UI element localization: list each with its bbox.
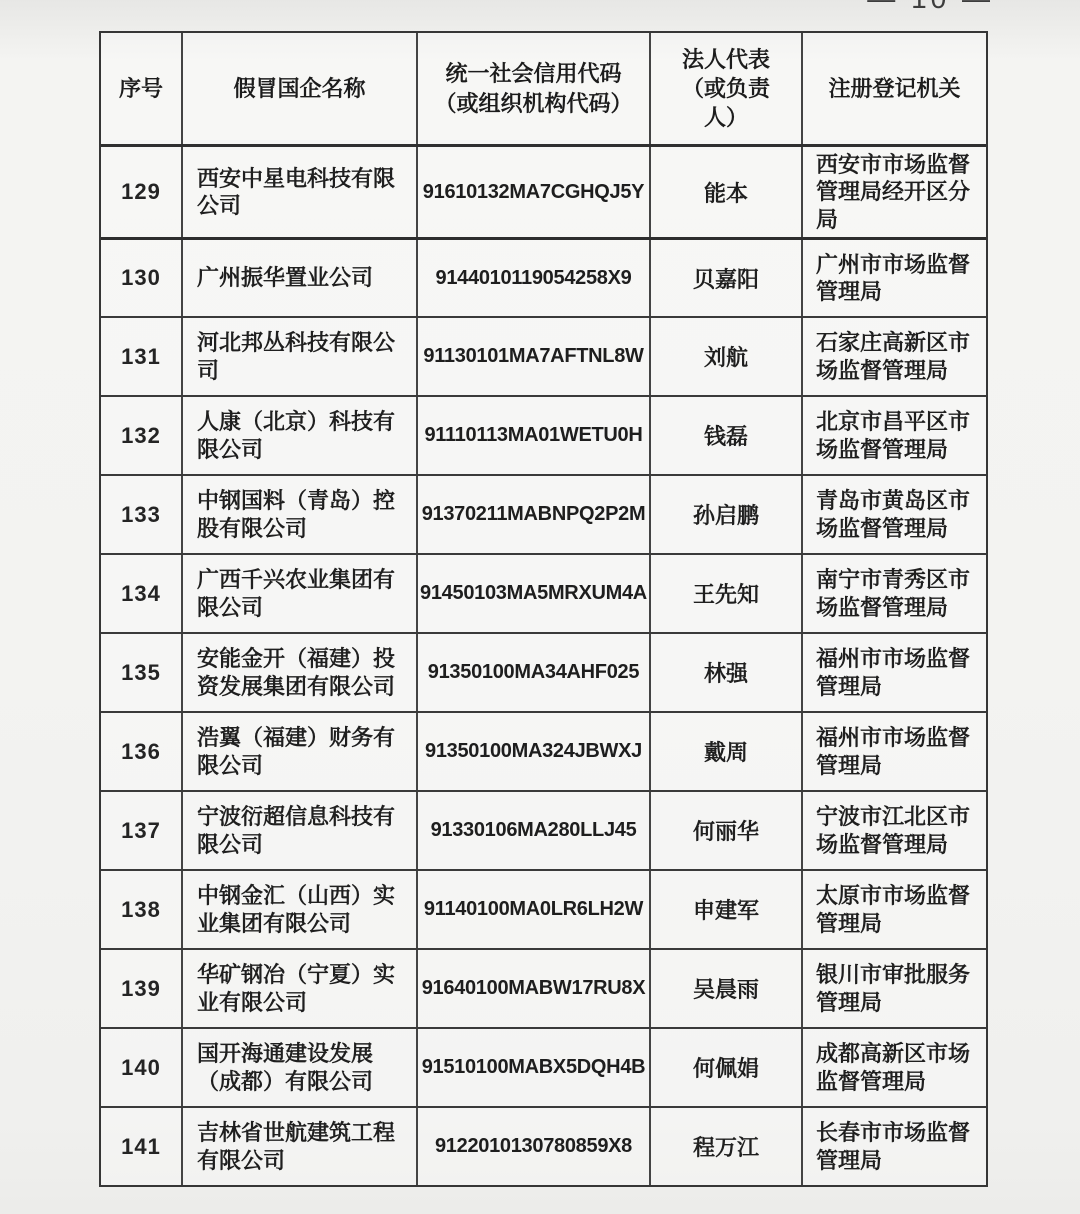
cell-credit-code: 91130101MA7AFTNL8W [416,318,649,395]
cell-registration-authority: 南宁市青秀区市场监督管理局 [801,555,986,632]
table-row: 138 中钢金汇（山西）实业集团有限公司 91140100MA0LR6LH2W … [101,869,986,948]
cell-credit-code: 91610132MA7CGHQJ5Y [416,147,649,237]
cell-credit-code: 91110113MA01WETU0H [416,397,649,474]
cell-company-name: 华矿钢冶（宁夏）实业有限公司 [181,950,416,1027]
cell-serial-number: 132 [101,397,181,474]
table-row: 141 吉林省世航建筑工程有限公司 9122010130780859X8 程万江… [101,1106,986,1185]
header-credit-code: 统一社会信用代码 （或组织机构代码） [416,33,649,144]
table-row: 130 广州振华置业公司 9144010119054258X9 贝嘉阳 广州市市… [101,237,986,316]
cell-registration-authority: 长春市市场监督管理局 [801,1108,986,1185]
cell-legal-representative: 孙启鹏 [649,476,801,553]
cell-credit-code: 91450103MA5MRXUM4A [416,555,649,632]
table-row: 139 华矿钢冶（宁夏）实业有限公司 91640100MABW17RU8X 吴晨… [101,948,986,1027]
cell-serial-number: 131 [101,318,181,395]
cell-company-name: 中钢国料（青岛）控股有限公司 [181,476,416,553]
cell-company-name: 人康（北京）科技有限公司 [181,397,416,474]
cell-serial-number: 130 [101,240,181,316]
header-legal-representative: 法人代表 （或负责 人） [649,33,801,144]
cell-company-name: 吉林省世航建筑工程有限公司 [181,1108,416,1185]
cell-legal-representative: 贝嘉阳 [649,240,801,316]
cell-legal-representative: 程万江 [649,1108,801,1185]
table-row: 140 国开海通建设发展（成都）有限公司 91510100MABX5DQH4B … [101,1027,986,1106]
cell-legal-representative: 申建军 [649,871,801,948]
cell-credit-code: 91640100MABW17RU8X [416,950,649,1027]
cell-credit-code: 91140100MA0LR6LH2W [416,871,649,948]
cell-registration-authority: 西安市市场监督管理局经开区分局 [801,147,986,237]
cell-legal-representative: 戴周 [649,713,801,790]
table-row: 134 广西千兴农业集团有限公司 91450103MA5MRXUM4A 王先知 … [101,553,986,632]
table-body: 129 西安中星电科技有限公司 91610132MA7CGHQJ5Y 能本 西安… [101,147,986,1185]
table-row: 133 中钢国料（青岛）控股有限公司 91370211MABNPQ2P2M 孙启… [101,474,986,553]
cell-legal-representative: 何丽华 [649,792,801,869]
cell-legal-representative: 吴晨雨 [649,950,801,1027]
table-row: 136 浩翼（福建）财务有限公司 91350100MA324JBWXJ 戴周 福… [101,711,986,790]
cell-company-name: 河北邦丛科技有限公司 [181,318,416,395]
cell-serial-number: 141 [101,1108,181,1185]
header-registration-authority: 注册登记机关 [801,33,986,144]
cell-registration-authority: 北京市昌平区市场监督管理局 [801,397,986,474]
cell-registration-authority: 石家庄高新区市场监督管理局 [801,318,986,395]
cell-serial-number: 138 [101,871,181,948]
cell-company-name: 宁波衍超信息科技有限公司 [181,792,416,869]
cell-company-name: 浩翼（福建）财务有限公司 [181,713,416,790]
cell-legal-representative: 刘航 [649,318,801,395]
cell-company-name: 安能金开（福建）投资发展集团有限公司 [181,634,416,711]
cell-credit-code: 91350100MA324JBWXJ [416,713,649,790]
cell-serial-number: 134 [101,555,181,632]
cell-company-name: 国开海通建设发展（成都）有限公司 [181,1029,416,1106]
cell-credit-code: 91370211MABNPQ2P2M [416,476,649,553]
cell-registration-authority: 青岛市黄岛区市场监督管理局 [801,476,986,553]
header-company-name: 假冒国企名称 [181,33,416,144]
cell-registration-authority: 成都高新区市场监督管理局 [801,1029,986,1106]
header-serial: 序号 [101,33,181,144]
cell-company-name: 广州振华置业公司 [181,240,416,316]
cell-serial-number: 140 [101,1029,181,1106]
table-row: 132 人康（北京）科技有限公司 91110113MA01WETU0H 钱磊 北… [101,395,986,474]
cell-serial-number: 137 [101,792,181,869]
cell-legal-representative: 能本 [649,147,801,237]
cell-company-name: 中钢金汇（山西）实业集团有限公司 [181,871,416,948]
table-row: 131 河北邦丛科技有限公司 91130101MA7AFTNL8W 刘航 石家庄… [101,316,986,395]
page-number: — 10 — [867,0,994,15]
table-header-row: 序号 假冒国企名称 统一社会信用代码 （或组织机构代码） 法人代表 （或负责 人… [101,33,986,147]
cell-serial-number: 133 [101,476,181,553]
fake-soe-table: 序号 假冒国企名称 统一社会信用代码 （或组织机构代码） 法人代表 （或负责 人… [99,31,988,1187]
cell-company-name: 西安中星电科技有限公司 [181,147,416,237]
cell-registration-authority: 宁波市江北区市场监督管理局 [801,792,986,869]
cell-legal-representative: 王先知 [649,555,801,632]
cell-credit-code: 91510100MABX5DQH4B [416,1029,649,1106]
cell-registration-authority: 太原市市场监督管理局 [801,871,986,948]
cell-credit-code: 91330106MA280LLJ45 [416,792,649,869]
cell-registration-authority: 福州市市场监督管理局 [801,713,986,790]
cell-credit-code: 91350100MA34AHF025 [416,634,649,711]
table-row: 129 西安中星电科技有限公司 91610132MA7CGHQJ5Y 能本 西安… [101,147,986,237]
table-row: 137 宁波衍超信息科技有限公司 91330106MA280LLJ45 何丽华 … [101,790,986,869]
cell-serial-number: 135 [101,634,181,711]
cell-legal-representative: 林强 [649,634,801,711]
cell-serial-number: 129 [101,147,181,237]
cell-registration-authority: 广州市市场监督管理局 [801,240,986,316]
table-row: 135 安能金开（福建）投资发展集团有限公司 91350100MA34AHF02… [101,632,986,711]
cell-registration-authority: 银川市审批服务管理局 [801,950,986,1027]
cell-credit-code: 9144010119054258X9 [416,240,649,316]
cell-legal-representative: 钱磊 [649,397,801,474]
cell-serial-number: 136 [101,713,181,790]
document-page: — 10 — 序号 假冒国企名称 统一社会信用代码 （或组织机构代码） 法人代表… [0,0,1080,1214]
cell-serial-number: 139 [101,950,181,1027]
cell-company-name: 广西千兴农业集团有限公司 [181,555,416,632]
cell-credit-code: 9122010130780859X8 [416,1108,649,1185]
cell-registration-authority: 福州市市场监督管理局 [801,634,986,711]
cell-legal-representative: 何佩娟 [649,1029,801,1106]
